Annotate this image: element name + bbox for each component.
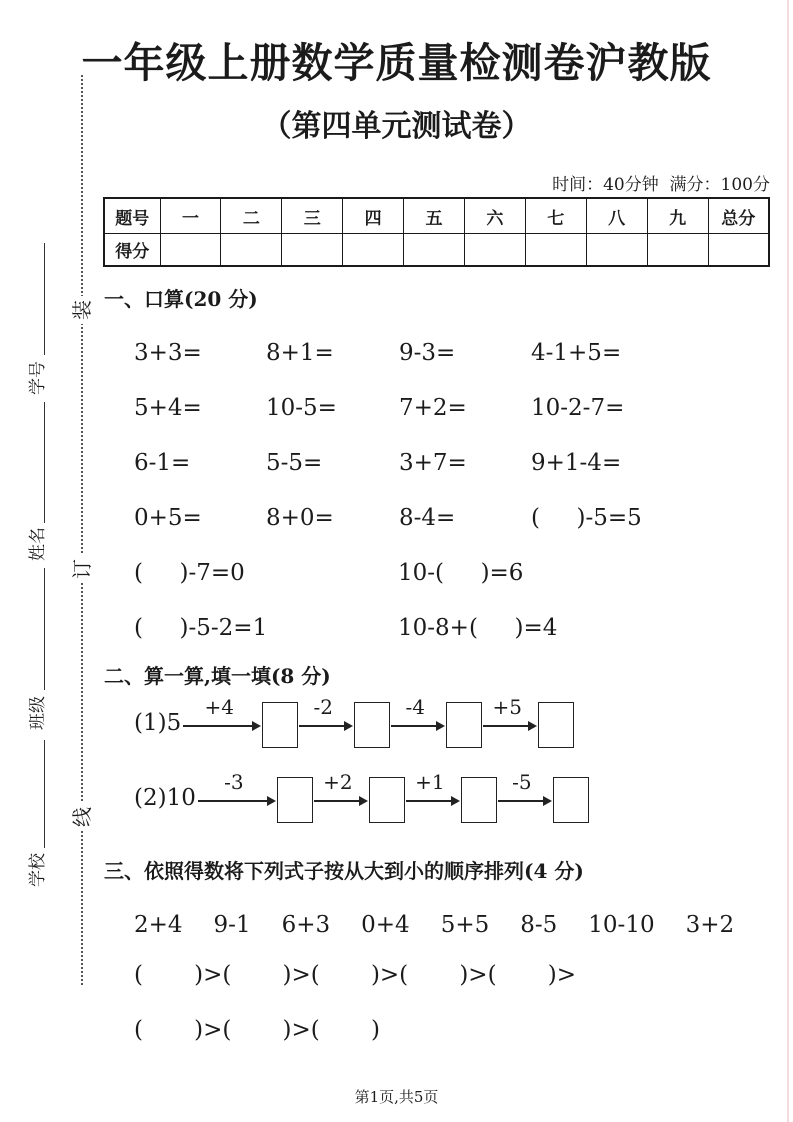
score-cell [160,234,221,267]
score-table-header-cell: 二 [221,198,282,234]
oral-problem: ( )-7=0 [134,560,398,586]
oral-problem: 10-5= [266,395,399,421]
chain-arrow: +4 [183,698,261,748]
answer-box [538,702,574,748]
arrow-head-icon [528,721,537,731]
oral-problem: 9-3= [399,340,531,366]
chain-operator: -3 [198,770,270,794]
score-table-header-cell: 三 [282,198,343,234]
answer-box [354,702,390,748]
score-cell [525,234,586,267]
arrow-head-icon [252,721,261,731]
chain-operator: -5 [498,770,546,794]
expression: 5+5 [441,912,490,938]
score-cell [404,234,465,267]
oral-row: 5+4= 10-5= 7+2= 10-2-7= [134,380,770,435]
answer-box [461,777,497,823]
page-number: 第1页,共5页 [0,1086,793,1107]
oral-problem: 4-1+5= [531,340,663,366]
score-table-header-cell: 题号 [104,198,160,234]
oral-problem: 6-1= [134,450,266,476]
arrow-head-icon [436,721,445,731]
binding-char-zhuang: 装 [69,296,95,324]
student-id-blank-line [44,243,45,355]
answer-box [446,702,482,748]
ordering-answer-line-1: ( )>( )>( )>( )>( )> [134,962,576,988]
score-cell [221,234,282,267]
score-cell [708,234,769,267]
expression: 6+3 [282,912,331,938]
score-table-header-cell: 九 [647,198,708,234]
answer-box [277,777,313,823]
chain-operator: +5 [483,695,531,719]
arrow-head-icon [359,796,368,806]
score-cell [586,234,647,267]
score-cell [343,234,404,267]
oral-problems: 3+3= 8+1= 9-3= 4-1+5= 5+4= 10-5= 7+2= 10… [134,325,770,655]
oral-problem: 10-( )=6 [398,560,662,586]
score-row-label: 得分 [104,234,160,267]
oral-problem: 8+1= [266,340,399,366]
exam-paper-page: 装 订 线 学号 姓名 班级 学校 一年级上册数学质量检测卷沪教版 （第四单元测… [0,0,793,1122]
answer-box [553,777,589,823]
score-table-header-cell: 总分 [708,198,769,234]
chain-operator: -2 [299,695,347,719]
oral-problem: 10-2-7= [531,395,663,421]
oral-problem: 3+3= [134,340,266,366]
expression-list: 2+4 9-1 6+3 0+4 5+5 8-5 10-10 3+2 [134,912,734,938]
class-label: 班级 [18,695,58,731]
binding-char-xian: 线 [69,803,95,831]
oral-row: 3+3= 8+1= 9-3= 4-1+5= [134,325,770,380]
expression: 0+4 [361,912,410,938]
arrow-head-icon [543,796,552,806]
ordering-answer-line-2: ( )>( )>( ) [134,1017,380,1043]
oral-problem: 3+7= [399,450,531,476]
score-table-header-cell: 八 [586,198,647,234]
answer-box [262,702,298,748]
section-two-heading: 二、算一算,填一填(8 分) [104,660,331,689]
score-table-score-row: 得分 [104,234,769,267]
oral-problem: ( )-5=5 [531,505,663,531]
score-table: 题号 一 二 三 四 五 六 七 八 九 总分 得分 [103,197,770,267]
arrow-head-icon [267,796,276,806]
name-label: 姓名 [18,526,58,562]
oral-problem: 9+1-4= [531,450,663,476]
arrow-shaft [198,800,274,802]
class-blank-line [44,568,45,690]
chain-problem-1: (1)5 +4 -2 -4 +5 [134,695,575,751]
arrow-head-icon [451,796,460,806]
oral-problem: 5+4= [134,395,266,421]
chain-operator: -4 [391,695,439,719]
time-score-info: 时间：40分钟 满分：100分 [0,170,770,195]
score-table-header-row: 题号 一 二 三 四 五 六 七 八 九 总分 [104,198,769,234]
arrow-head-icon [344,721,353,731]
oral-problem: 7+2= [399,395,531,421]
oral-problem: ( )-5-2=1 [134,615,398,641]
oral-problem: 5-5= [266,450,399,476]
name-blank-line [44,402,45,523]
oral-row: 0+5= 8+0= 8-4= ( )-5=5 [134,490,770,545]
chain-label: (2)10 [134,785,196,811]
expression: 2+4 [134,912,183,938]
answer-box [369,777,405,823]
score-table-header-cell: 一 [160,198,221,234]
expression: 3+2 [686,912,735,938]
score-cell [647,234,708,267]
chain-arrow: +5 [483,698,537,748]
chain-label: (1)5 [134,710,181,736]
chain-arrow: -2 [299,698,353,748]
score-cell [464,234,525,267]
oral-problem: 8-4= [399,505,531,531]
oral-row: ( )-5-2=1 10-8+( )=4 [134,600,770,655]
score-table-header-cell: 四 [343,198,404,234]
school-label: 学校 [18,852,58,888]
page-subtitle: （第四单元测试卷） [0,101,793,145]
binding-dotted-line [81,75,83,985]
score-table-header-cell: 七 [525,198,586,234]
oral-problem: 0+5= [134,505,266,531]
chain-arrow: +1 [406,773,460,823]
page-edge-mark [787,0,789,1122]
binding-char-ding: 订 [69,555,95,583]
expression: 10-10 [588,912,654,938]
oral-problem: 10-8+( )=4 [398,615,662,641]
chain-arrow: -3 [198,773,276,823]
page-title: 一年级上册数学质量检测卷沪教版 [0,30,793,89]
section-one-heading: 一、口算(20 分) [104,283,258,312]
school-blank-line [44,740,45,848]
chain-operator: +4 [183,695,255,719]
chain-operator: +1 [406,770,454,794]
arrow-shaft [183,725,259,727]
score-cell [282,234,343,267]
expression: 9-1 [214,912,251,938]
oral-row: ( )-7=0 10-( )=6 [134,545,770,600]
oral-row: 6-1= 5-5= 3+7= 9+1-4= [134,435,770,490]
chain-arrow: -4 [391,698,445,748]
chain-arrow: -5 [498,773,552,823]
score-table-header-cell: 六 [464,198,525,234]
section-three-heading: 三、依照得数将下列式子按从大到小的顺序排列(4 分) [104,855,584,884]
chain-operator: +2 [314,770,362,794]
score-table-header-cell: 五 [404,198,465,234]
chain-arrow: +2 [314,773,368,823]
student-id-label: 学号 [18,360,58,396]
oral-problem: 8+0= [266,505,399,531]
chain-problem-2: (2)10 -3 +2 +1 -5 [134,770,590,826]
expression: 8-5 [520,912,557,938]
